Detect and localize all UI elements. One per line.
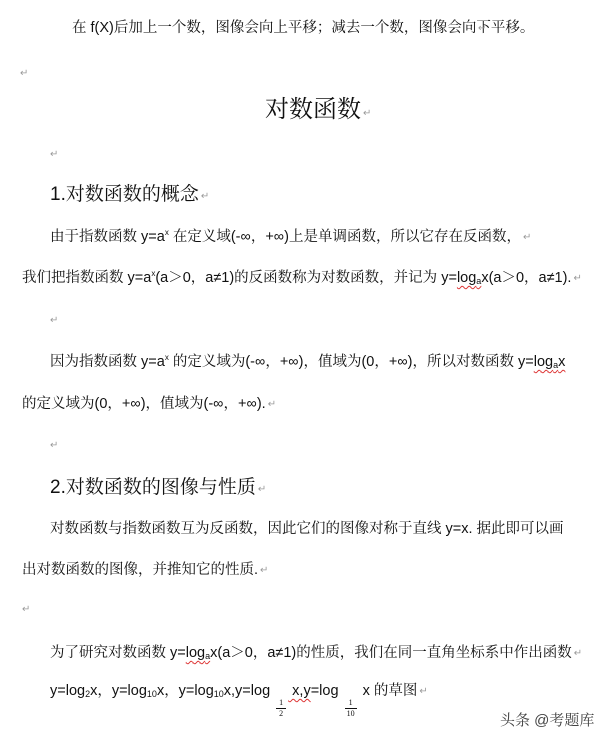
- section-1-paragraph-2: 我们把指数函数 y=ax(a＞0，a≠1)的反函数称为对数函数，并记为 y=lo…: [22, 268, 582, 289]
- section-2-formula-line: y=log2x，y=log10x，y=log10x,y=log 12 x,y=l…: [50, 681, 428, 702]
- paragraph-mark-icon: ↵: [50, 315, 58, 326]
- paragraph-mark-icon: ↵: [201, 191, 209, 202]
- text: (a＞0，a≠1)的反函数称为对数函数，并记为 y=: [155, 270, 457, 286]
- text: 由于指数函数 y=a: [50, 229, 165, 245]
- text: x，y=log: [157, 683, 214, 699]
- text: x(a＞0，a≠1)的性质，我们在同一直角坐标系中作出函数: [210, 645, 572, 661]
- paragraph-mark-icon: ↵: [22, 604, 30, 615]
- section-2-paragraph-1: 对数函数与指数函数互为反函数，因此它们的图像对称于直线 y=x. 据此即可以画: [50, 519, 564, 539]
- text: 我们把指数函数 y=a: [22, 270, 151, 286]
- paragraph-mark-icon: ↵: [523, 232, 531, 243]
- intro-text: 在 f(X)后加上一个数，图像会向上平移；减去一个数，图像会向下平移。: [72, 20, 534, 36]
- section-2-heading: 2.对数函数的图像与性质↵: [50, 476, 266, 502]
- watermark: 头条 @考题库: [500, 709, 594, 730]
- section-1-paragraph-3: 因为指数函数 y=ax 的定义域为(-∞，+∞)，值域为(0，+∞)，所以对数函…: [50, 352, 565, 372]
- spellcheck-underlined-log: loga: [186, 645, 210, 661]
- paragraph-mark-icon: ↵: [50, 440, 58, 451]
- text: 为了研究对数函数 y=: [50, 645, 186, 661]
- paragraph-mark-icon: ↵: [258, 484, 266, 495]
- text: 在定义域(-∞，+∞)上是单调函数，所以它存在反函数，: [169, 229, 521, 245]
- paragraph-mark-icon: ↵: [363, 108, 371, 119]
- paragraph-mark-icon: ↵: [574, 648, 582, 659]
- section-2-heading-text: 2.对数函数的图像与性质: [50, 477, 256, 498]
- text: 的定义域为(0，+∞)，值域为(-∞，+∞).: [22, 396, 266, 412]
- paragraph-mark-icon: ↵: [260, 565, 268, 576]
- spellcheck-underlined-log: logax: [534, 354, 566, 370]
- section-1-heading-text: 1.对数函数的概念: [50, 184, 199, 205]
- text: y=log: [50, 683, 85, 699]
- spellcheck-underlined-text: x,y: [288, 683, 311, 699]
- section-1-paragraph-1: 由于指数函数 y=ax 在定义域(-∞，+∞)上是单调函数，所以它存在反函数，↵: [50, 227, 531, 248]
- section-2-paragraph-3: 为了研究对数函数 y=logax(a＞0，a≠1)的性质，我们在同一直角坐标系中…: [50, 643, 582, 664]
- paragraph-mark-icon: ↵: [419, 686, 427, 697]
- fraction-one-half: 12: [274, 687, 288, 697]
- section-1-heading: 1.对数函数的概念↵: [50, 183, 209, 209]
- subscript: 10: [147, 689, 157, 699]
- text: 对数函数与指数函数互为反函数，因此它们的图像对称于直线 y=x. 据此即可以画: [50, 521, 564, 537]
- text: x(a＞0，a≠1).: [481, 270, 571, 286]
- fraction-one-tenth: 110: [343, 687, 359, 697]
- text: 因为指数函数 y=a: [50, 354, 165, 370]
- text: 出对数函数的图像，并推知它的性质.: [22, 562, 258, 578]
- text: 的定义域为(-∞，+∞)，值域为(0，+∞)，所以对数函数 y=: [169, 354, 534, 370]
- spellcheck-underlined-log: loga: [457, 270, 481, 286]
- section-2-paragraph-2: 出对数函数的图像，并推知它的性质.↵: [22, 560, 268, 581]
- paragraph-mark-icon: ↵: [50, 149, 58, 160]
- intro-line: 在 f(X)后加上一个数，图像会向上平移；减去一个数，图像会向下平移。: [72, 18, 534, 38]
- text: x 的草图: [359, 683, 418, 699]
- paragraph-mark-icon: ↵: [268, 399, 276, 410]
- text: x,y=log: [224, 683, 274, 699]
- paragraph-mark-icon: ↵: [573, 273, 581, 284]
- paragraph-mark-icon: ↵: [478, 23, 486, 34]
- paragraph-mark-icon: ↵: [20, 68, 28, 79]
- section-1-paragraph-4: 的定义域为(0，+∞)，值域为(-∞，+∞).↵: [22, 394, 276, 415]
- text: x，y=log: [90, 683, 147, 699]
- subscript: 10: [214, 689, 224, 699]
- text: =log: [311, 683, 343, 699]
- page-title-text: 对数函数: [265, 96, 361, 123]
- page-title: 对数函数↵: [265, 95, 371, 129]
